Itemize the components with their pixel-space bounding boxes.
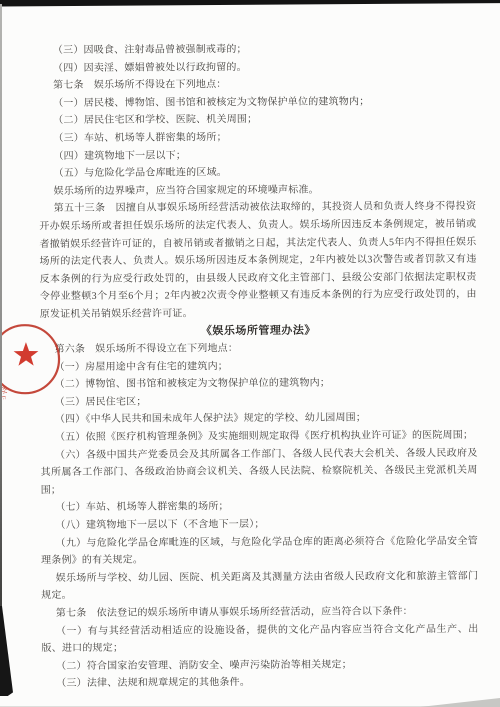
document-paragraph: （七）车站、机场等人群密集的场所； xyxy=(41,497,478,517)
document-paragraph: （五）依照《医疗机构管理条例》及实施细则规定取得《医疗机构执业许可证》的医院周围… xyxy=(40,427,477,447)
document-paragraph: 娱乐场所与学校、幼儿园、医院、机关距离及其测量方法由省级人民政府文化和旅游主管部… xyxy=(41,568,478,605)
document-paragraph: （一）房屋用途中含有住宅的建筑内； xyxy=(40,356,477,376)
document-paragraph: （一）有与其经营活动相适应的设施设备，提供的文化产品内容应当符合文化产品生产、出… xyxy=(41,620,478,657)
document-paragraph: （四）《中华人民共和国未成年人保护法》规定的学校、幼儿园周围； xyxy=(40,409,477,429)
document-paragraph: 第七条 娱乐场所不得设在下列地点： xyxy=(39,75,476,95)
document-paragraph: （二）居民住宅区和学校、医院、机关周围； xyxy=(39,110,476,130)
document-paragraph: （四）建筑物地下一层以下； xyxy=(39,145,476,165)
svg-text:社区发展委员会: 社区发展委员会 xyxy=(0,385,48,400)
document-heading: 《娱乐场所管理办法》 xyxy=(40,321,477,341)
document-paragraph: 第五十三条 因擅自从事娱乐场所经营活动被依法取缔的，其投资人员和负责人终身不得投… xyxy=(39,198,477,323)
document-paragraph: 第六条 娱乐场所不得设立在下列地点： xyxy=(40,339,477,359)
document-paragraph: （六）各级中国共产党委员会及其所属各工作部门、各级人民代表大会机关、各级人民政府… xyxy=(40,444,477,499)
document-page: （三）因吸食、注射毒品曾被强制戒毒的； （四）因卖淫、嫖娼曾被处以行政拘留的。 … xyxy=(0,0,500,707)
document-paragraph: （五）与危险化学品仓库毗连的区域。 xyxy=(39,163,476,183)
seal-star-icon xyxy=(14,342,39,366)
document-body: （三）因吸食、注射毒品曾被强制戒毒的； （四）因卖淫、嫖娼曾被处以行政拘留的。 … xyxy=(38,40,478,693)
document-paragraph: 娱乐场所的边界噪声，应当符合国家规定的环境噪声标准。 xyxy=(39,181,476,201)
seal-arc-text: 社区发展委员会 xyxy=(0,385,48,400)
document-paragraph: （二）博物馆、图书馆和被核定为文物保护单位的建筑物内； xyxy=(40,374,477,394)
document-paragraph: （三）车站、机场等人群密集的场所； xyxy=(39,128,476,148)
document-paragraph: 第七条 依法登记的娱乐场所申请从事娱乐场所经营活动，应当符合以下条件： xyxy=(41,603,478,623)
document-paragraph: （二）符合国家治安管理、消防安全、噪声污染防治等相关规定； xyxy=(42,656,479,676)
document-paragraph: （四）因卖淫、嫖娼曾被处以行政拘留的。 xyxy=(38,57,475,77)
document-content: （三）因吸食、注射毒品曾被强制戒毒的； （四）因卖淫、嫖娼曾被处以行政拘留的。 … xyxy=(0,0,500,707)
official-seal: 社区发展委员会 xyxy=(0,321,66,399)
document-paragraph: （八）建筑物地下一层以下（不含地下一层）； xyxy=(41,515,478,535)
document-paragraph: （一）居民楼、博物馆、图书馆和被核定为文物保护单位的建筑物内； xyxy=(39,93,476,113)
document-paragraph: （九）与危险化学品仓库毗连的区域，与危险化学品仓库的距离必须符合《危险化学品安全… xyxy=(41,532,478,569)
document-paragraph: （三）因吸食、注射毒品曾被强制戒毒的； xyxy=(38,40,475,60)
document-paragraph: （三）居民住宅区； xyxy=(40,392,477,412)
scan-left-edge xyxy=(0,4,2,614)
document-paragraph: （三）法律、法规和规章规定的其他条件。 xyxy=(42,673,479,693)
